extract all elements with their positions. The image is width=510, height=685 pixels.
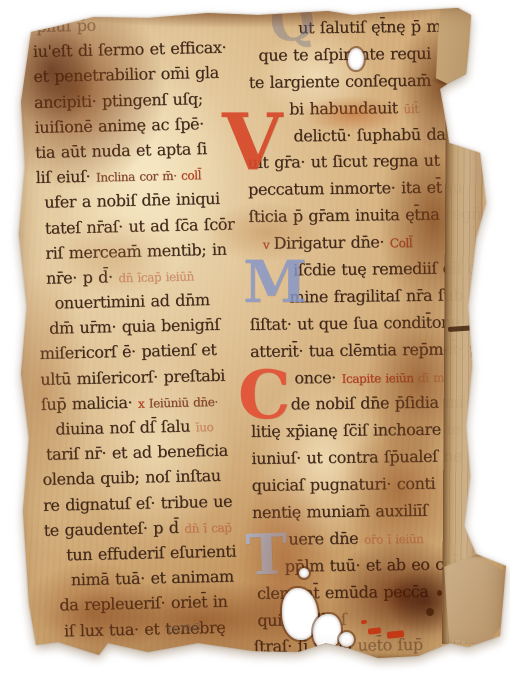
parchment-wrap: p̄liuſ p̄oiu'eſt di ſermo et efficax·et … xyxy=(16,6,508,658)
edge-vignette xyxy=(16,6,508,658)
manuscript-photo: p̄liuſ p̄oiu'eſt di ſermo et efficax·et … xyxy=(0,0,510,685)
parchment-leaf: p̄liuſ p̄oiu'eſt di ſermo et efficax·et … xyxy=(16,6,508,658)
